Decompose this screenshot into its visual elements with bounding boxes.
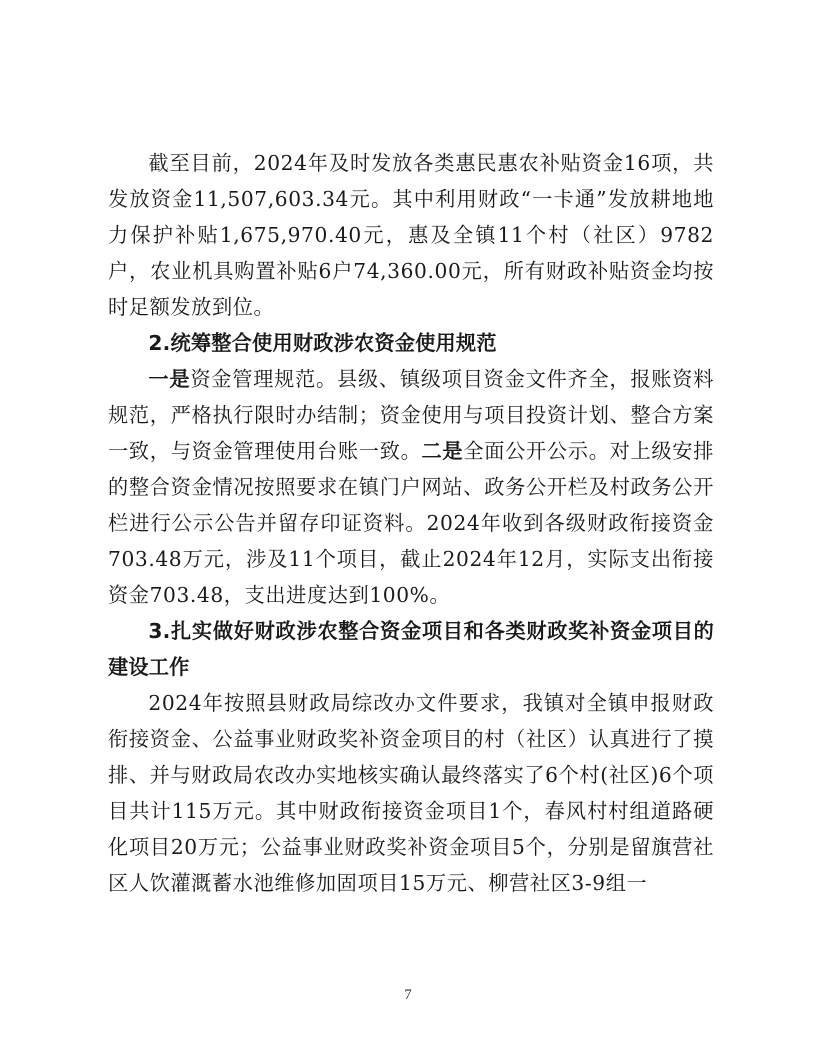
lead-first: 一是 <box>148 367 190 391</box>
document-page: 截至目前，2024年及时发放各类惠民惠农补贴资金16项，共发放资金11,507,… <box>0 0 816 1056</box>
paragraph-fund-management: 一是资金管理规范。县级、镇级项目资金文件齐全，报账资料规范，严格执行限时办结制；… <box>108 361 714 613</box>
lead-second: 二是 <box>422 439 464 463</box>
paragraph-subsidy-summary: 截至目前，2024年及时发放各类惠民惠农补贴资金16项，共发放资金11,507,… <box>108 145 714 325</box>
page-number: 7 <box>0 987 816 1004</box>
section-heading-3: 3.扎实做好财政涉农整合资金项目和各类财政奖补资金项目的建设工作 <box>108 613 714 685</box>
section-heading-2: 2.统筹整合使用财政涉农资金使用规范 <box>108 325 714 361</box>
page-body: 截至目前，2024年及时发放各类惠民惠农补贴资金16项，共发放资金11,507,… <box>108 145 714 901</box>
paragraph-project-construction: 2024年按照县财政局综改办文件要求，我镇对全镇申报财政衔接资金、公益事业财政奖… <box>108 685 714 901</box>
paragraph-part-2: 全面公开公示。对上级安排的整合资金情况按照要求在镇门户网站、政务公开栏及村政务公… <box>108 439 714 607</box>
